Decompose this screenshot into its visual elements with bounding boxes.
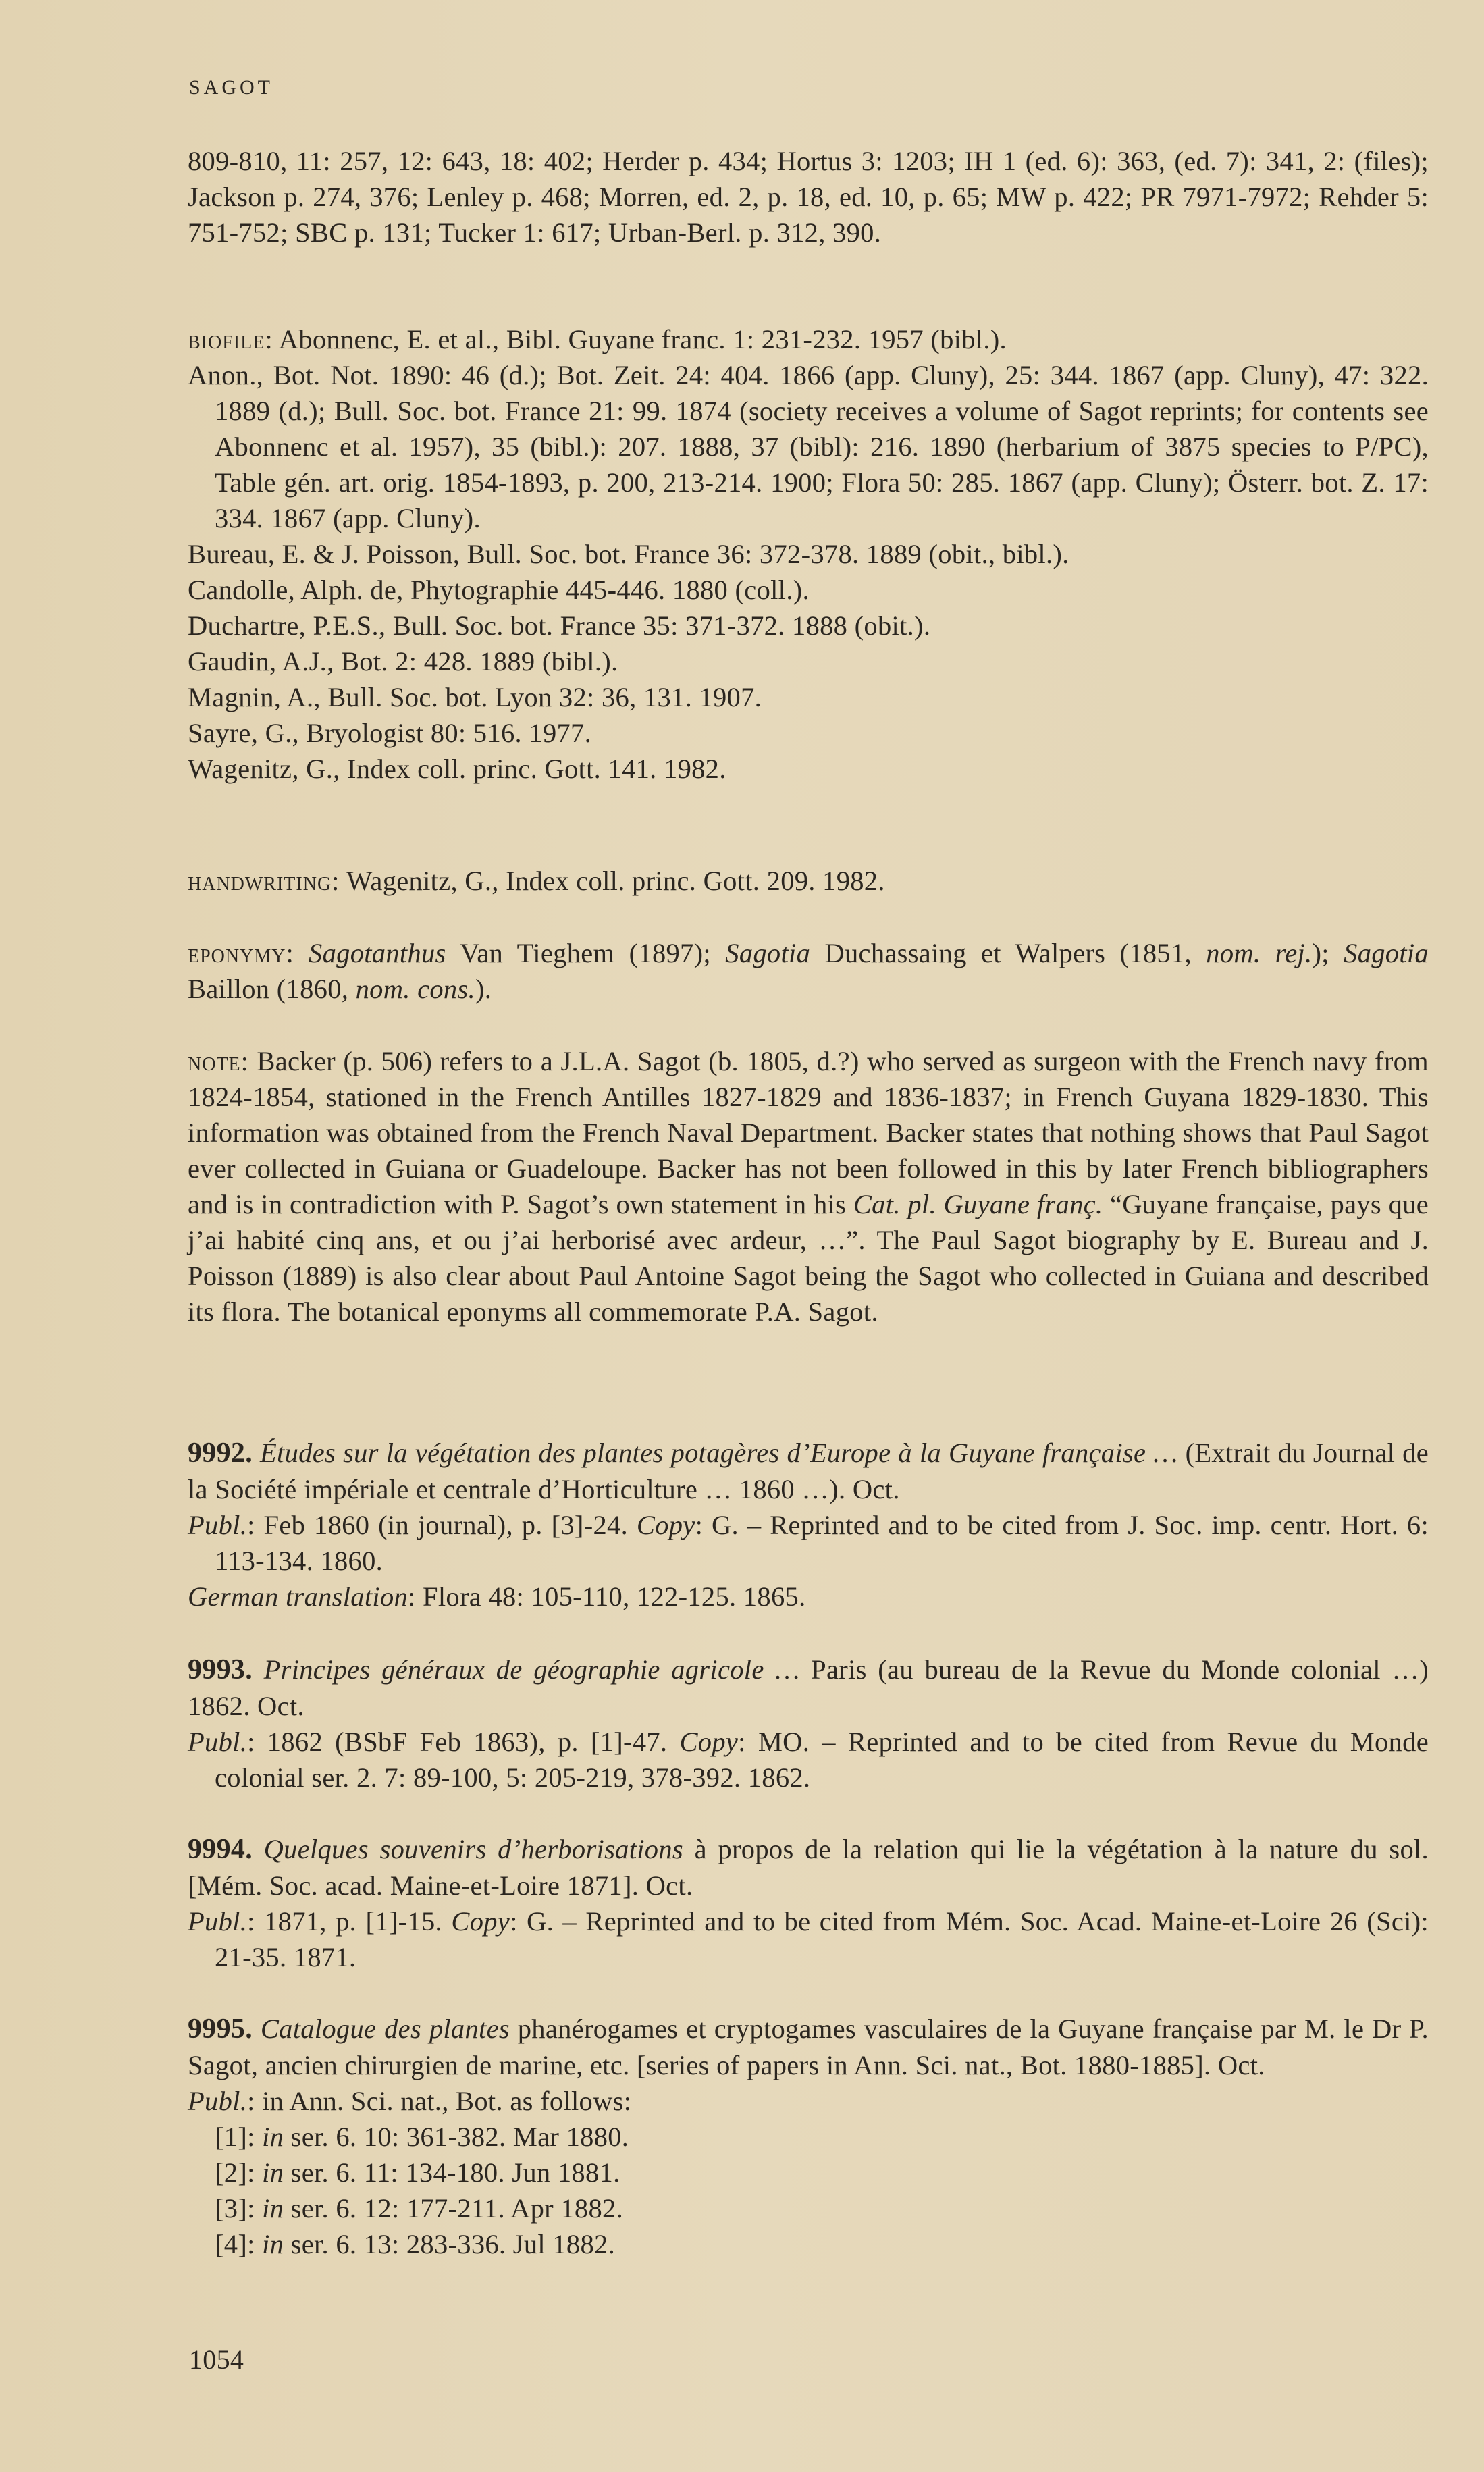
biofile-entry: Candolle, Alph. de, Phytographie 445-446… <box>188 572 1429 608</box>
publ-text: : 1862 (BSbF Feb 1863), p. [1]-47. <box>247 1727 679 1757</box>
eponymy-text: ); <box>1312 938 1344 968</box>
publication-line: Publ.: in Ann. Sci. nat., Bot. as follow… <box>188 2083 1429 2119</box>
entry-title: Principes généraux de géographie agricol… <box>264 1654 800 1685</box>
cited-work-title: Cat. pl. Guyane franç. <box>853 1189 1103 1219</box>
publ-label: Publ. <box>188 1906 247 1937</box>
running-head: SAGOT <box>189 74 273 101</box>
series-part: [1]: in ser. 6. 10: 361-382. Mar 1880. <box>188 2119 1429 2155</box>
biofile-entry: Gaudin, A.J., Bot. 2: 428. 1889 (bibl.). <box>188 643 1429 679</box>
part-in: in <box>262 2193 284 2224</box>
copy-label: Copy <box>637 1510 695 1540</box>
biofile-entry: Bureau, E. & J. Poisson, Bull. Soc. bot.… <box>188 536 1429 572</box>
eponymy-text: Van Tieghem (1897); <box>446 938 726 968</box>
entry-heading: 9992. Études sur la végétation des plant… <box>188 1435 1429 1507</box>
biofile-entry: biofile: Abonnenc, E. et al., Bibl. Guya… <box>188 321 1429 357</box>
biofile-label: biofile: <box>188 324 273 354</box>
copy-label: Copy <box>451 1906 510 1937</box>
eponymy-label: eponymy: <box>188 938 294 968</box>
entry-title: Quelques souvenirs d’herborisations <box>264 1834 683 1864</box>
part-text: ser. 6. 11: 134-180. Jun 1881. <box>284 2157 620 2188</box>
nomenclature-status: nom. rej. <box>1206 938 1312 968</box>
part-number: [2]: <box>215 2157 262 2188</box>
handwriting-text: Wagenitz, G., Index coll. princ. Gott. 2… <box>346 866 885 896</box>
genus-name: Sagotanthus <box>309 938 446 968</box>
entry-title: Catalogue des plantes <box>261 2014 510 2044</box>
biofile-entry: Wagenitz, G., Index coll. princ. Gott. 1… <box>188 751 1429 787</box>
translation-text: : Flora 48: 105-110, 122-125. 1865. <box>408 1581 805 1612</box>
handwriting-section: handwriting: Wagenitz, G., Index coll. p… <box>188 863 1429 899</box>
eponymy-text: Baillon (1860, <box>188 974 356 1004</box>
bibliography-entry-9993: 9993. Principes généraux de géographie a… <box>188 1652 1429 1795</box>
part-number: [3]: <box>215 2193 262 2224</box>
series-part: [3]: in ser. 6. 12: 177-211. Apr 1882. <box>188 2190 1429 2226</box>
eponymy-text: ). <box>475 974 492 1004</box>
part-text: ser. 6. 10: 361-382. Mar 1880. <box>284 2122 629 2152</box>
entry-number: 9992. <box>188 1438 253 1469</box>
publication-line: Publ.: Feb 1860 (in journal), p. [3]-24.… <box>188 1507 1429 1579</box>
part-number: [4]: <box>215 2229 262 2259</box>
eponymy-text: Duchassaing et Walpers (1851, <box>810 938 1206 968</box>
note-label: note: <box>188 1046 249 1076</box>
copy-label: Copy <box>679 1727 738 1757</box>
entry-number: 9993. <box>188 1654 253 1685</box>
continuation-text: 809-810, 11: 257, 12: 643, 18: 402; Herd… <box>188 146 1429 248</box>
biofile-entry: Anon., Bot. Not. 1890: 46 (d.); Bot. Zei… <box>188 357 1429 536</box>
handwriting-label: handwriting: <box>188 866 340 896</box>
bibliography-entry-9994: 9994. Quelques souvenirs d’herborisation… <box>188 1831 1429 1975</box>
translation-label: German translation <box>188 1581 408 1612</box>
biofile-first: Abonnenc, E. et al., Bibl. Guyane franc.… <box>279 324 1007 354</box>
series-part: [2]: in ser. 6. 11: 134-180. Jun 1881. <box>188 2155 1429 2190</box>
genus-name: Sagotia <box>725 938 810 968</box>
publ-text: : in Ann. Sci. nat., Bot. as follows: <box>247 2086 631 2116</box>
translation-line: German translation: Flora 48: 105-110, 1… <box>188 1579 1429 1614</box>
publ-text: : 1871, p. [1]-15. <box>247 1906 451 1937</box>
publ-label: Publ. <box>188 1510 247 1540</box>
part-in: in <box>262 2229 284 2259</box>
part-number: [1]: <box>215 2122 262 2152</box>
entry-heading: 9994. Quelques souvenirs d’herborisation… <box>188 1831 1429 1903</box>
note-section: note: Backer (p. 506) refers to a J.L.A.… <box>188 1043 1429 1330</box>
nomenclature-status: nom. cons. <box>356 974 475 1004</box>
part-text: ser. 6. 13: 283-336. Jul 1882. <box>284 2229 615 2259</box>
continuation-paragraph: 809-810, 11: 257, 12: 643, 18: 402; Herd… <box>188 143 1429 251</box>
publ-text: : Feb 1860 (in journal), p. [3]-24. <box>247 1510 637 1540</box>
publ-label: Publ. <box>188 1727 247 1757</box>
series-part: [4]: in ser. 6. 13: 283-336. Jul 1882. <box>188 2226 1429 2262</box>
publication-line: Publ.: 1871, p. [1]-15. Copy: G. – Repri… <box>188 1903 1429 1975</box>
biofile-entry: Duchartre, P.E.S., Bull. Soc. bot. Franc… <box>188 608 1429 643</box>
bibliography-entry-9995: 9995. Catalogue des plantes phanérogames… <box>188 2011 1429 2262</box>
entry-title: Études sur la végétation des plantes pot… <box>260 1438 1178 1468</box>
publ-label: Publ. <box>188 2086 247 2116</box>
biofile-entry: Sayre, G., Bryologist 80: 516. 1977. <box>188 715 1429 751</box>
page-number: 1054 <box>189 2342 244 2377</box>
publication-line: Publ.: 1862 (BSbF Feb 1863), p. [1]-47. … <box>188 1724 1429 1795</box>
entry-number: 9994. <box>188 1834 253 1865</box>
part-in: in <box>262 2122 284 2152</box>
bibliography-entry-9992: 9992. Études sur la végétation des plant… <box>188 1435 1429 1614</box>
eponymy-section: eponymy: Sagotanthus Van Tieghem (1897);… <box>188 935 1429 1007</box>
biofile-entry: Magnin, A., Bull. Soc. bot. Lyon 32: 36,… <box>188 679 1429 715</box>
biofile-section: biofile: Abonnenc, E. et al., Bibl. Guya… <box>188 321 1429 787</box>
part-text: ser. 6. 12: 177-211. Apr 1882. <box>284 2193 623 2224</box>
genus-name: Sagotia <box>1344 938 1429 968</box>
entry-heading: 9995. Catalogue des plantes phanérogames… <box>188 2011 1429 2083</box>
entry-heading: 9993. Principes généraux de géographie a… <box>188 1652 1429 1724</box>
part-in: in <box>262 2157 284 2188</box>
entry-number: 9995. <box>188 2014 253 2045</box>
